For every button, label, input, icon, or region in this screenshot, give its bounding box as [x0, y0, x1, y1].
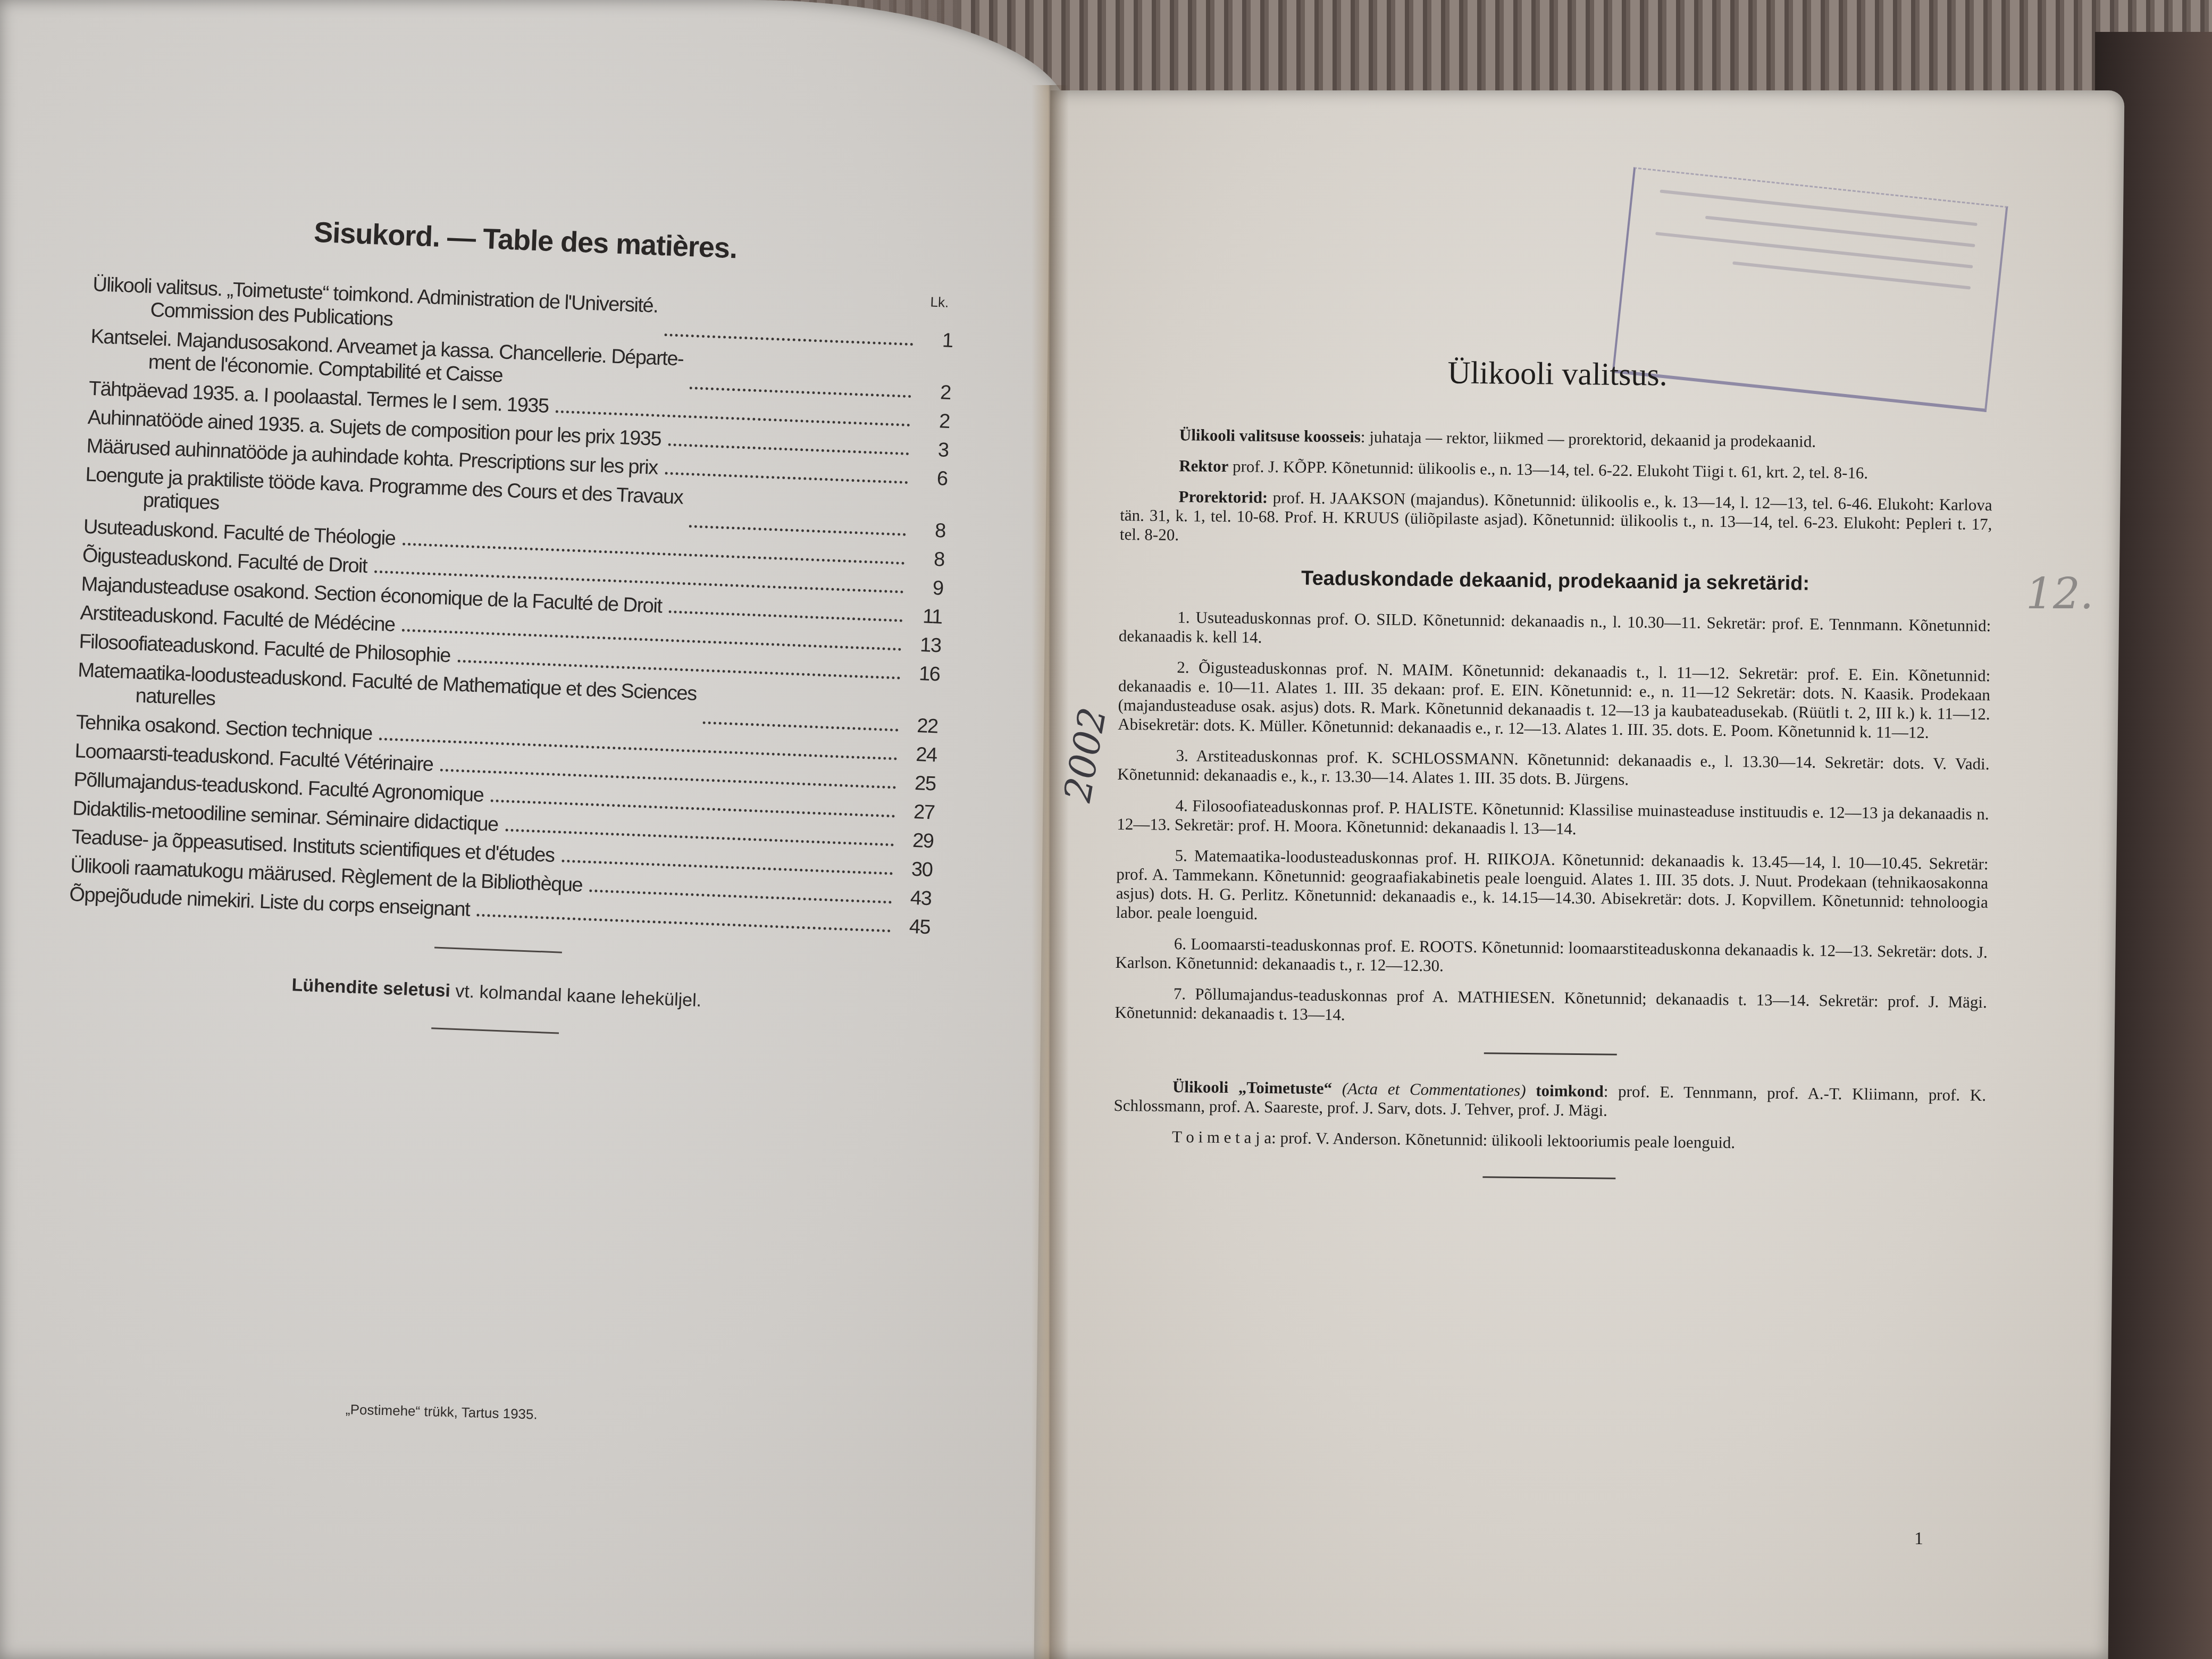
toc-entry-text: Tehnika osakond. Section technique: [76, 711, 373, 744]
toc-page-number: 45: [898, 915, 931, 939]
dot-leader: [669, 610, 902, 622]
toc-page-number: 24: [904, 742, 937, 767]
section-subtitle: Teaduskondade dekaanid, prodekaanid ja s…: [1119, 565, 1991, 597]
faculty-entry: 4. Filosoofiateaduskonnas prof. P. HALIS…: [1117, 795, 1989, 843]
toc-page-number: 2: [918, 380, 951, 405]
university-administration: Ülikooli valitsus. Ülikooli valitsuse ko…: [1113, 330, 1994, 1210]
toc-entry-title: Õigusteaduskond. Faculté de Droit: [82, 544, 367, 579]
dot-leader: [664, 333, 913, 346]
label: Rektor: [1179, 456, 1228, 475]
label: toimkond: [1536, 1081, 1604, 1100]
toc-entry-title: Tehnika osakond. Section technique: [76, 710, 373, 745]
abbreviations-note-text: vt. kolmandal kaane leheküljel.: [450, 981, 702, 1011]
dot-leader: [689, 525, 906, 536]
toc-page-number: 9: [911, 575, 944, 600]
abbreviations-note: Lühendite seletusi vt. kolmandal kaane l…: [66, 966, 927, 1020]
toc-entries: Ülikooli valitsus. „Toimetuste“ toimkond…: [69, 273, 954, 939]
dot-leader: [556, 410, 910, 426]
toc-page-number: 16: [908, 661, 941, 686]
page-title: Ülikooli valitsus.: [1121, 351, 1994, 397]
latin-title: (Acta et Commentationes): [1332, 1079, 1536, 1100]
dot-leader: [690, 387, 911, 398]
text: : juhataja — rektor, liikmed — prorektor…: [1361, 428, 1816, 451]
dot-leader: [668, 443, 909, 455]
text: 6. Loomaarsti-teaduskonnas prof. E. ROOT…: [1115, 934, 1988, 975]
faculty-entry: 5. Matemaatika-loodusteaduskonnas prof. …: [1116, 845, 1988, 931]
text: 3. Arstiteaduskonnas prof. K. SCHLOSSMAN…: [1117, 746, 1990, 789]
toc-page-number: 27: [902, 800, 935, 824]
dot-leader: [665, 472, 908, 484]
toc-page-number: 2: [917, 409, 950, 433]
board-composition: Ülikooli valitsuse koosseis: juhataja — …: [1121, 425, 1993, 453]
dot-leader: [590, 890, 892, 904]
text: T o i m e t a j a: prof. V. Anderson. Kõ…: [1172, 1127, 1735, 1152]
abbreviations-note-bold: Lühendite seletusi: [291, 975, 451, 1001]
text: 7. Põllumajandus-teaduskonnas prof A. MA…: [1115, 984, 1987, 1024]
toc-page-number: 8: [913, 518, 946, 542]
toc-page-number: 1: [920, 328, 953, 353]
dot-leader: [477, 914, 891, 932]
toc-page-number: 25: [903, 771, 936, 795]
toc-page-number: 13: [909, 633, 942, 657]
book-gutter: [1032, 85, 1069, 1659]
toc-page-number: 8: [912, 547, 945, 571]
text: 1. Usuteaduskonnas prof. O. SILD. Kõnetu…: [1119, 608, 1991, 647]
toc-page-number: 22: [906, 714, 939, 738]
divider: [431, 1027, 559, 1034]
stamp-line: [1732, 262, 1971, 290]
faculty-entry: 6. Loomaarsti-teaduskonnas prof. E. ROOT…: [1115, 934, 1988, 981]
label: Ülikooli „Toimetuste“: [1172, 1077, 1332, 1097]
toc-entry-text: Õigusteaduskond. Faculté de Droit: [82, 544, 367, 578]
table-of-contents: Sisukord. — Table des matières. Lk. Ülik…: [64, 207, 957, 1075]
text: 5. Matemaatika-loodusteaduskonnas prof. …: [1116, 846, 1988, 923]
faculty-entry: 3. Arstiteaduskonnas prof. K. SCHLOSSMAN…: [1117, 745, 1990, 793]
faculty-entry: 7. Põllumajandus-teaduskonnas prof A. MA…: [1115, 984, 1987, 1031]
text: prof. J. KÕPP. Kõnetunnid: ülikoolis e.,…: [1228, 457, 1868, 482]
dot-leader: [505, 828, 894, 846]
label: Ülikooli valitsuse koosseis: [1179, 425, 1361, 446]
text: 2. Õigusteaduskonnas prof. N. MAIM. Kõne…: [1118, 658, 1990, 742]
toc-page-number: 11: [910, 604, 943, 629]
divider: [434, 946, 562, 953]
editor-entry: T o i m e t a j a: prof. V. Anderson. Kõ…: [1113, 1127, 1985, 1155]
publications-committee: Ülikooli „Toimetuste“ (Acta et Commentat…: [1114, 1077, 1987, 1124]
toc-page-number: 29: [901, 828, 934, 853]
toc-page-number: 43: [899, 886, 932, 910]
toc-entry-text: Arstiteaduskond. Faculté de Médécine: [80, 601, 396, 636]
dot-leader: [562, 860, 893, 875]
divider: [1484, 1052, 1617, 1055]
toc-page-number: 6: [915, 466, 948, 491]
faculty-entry: 2. Õigusteaduskonnas prof. N. MAIM. Kõne…: [1118, 657, 1990, 743]
dot-leader: [702, 722, 898, 732]
text: 4. Filosoofiateaduskonnas prof. P. HALIS…: [1117, 796, 1989, 838]
stamp-line: [1655, 232, 1973, 269]
divider: [1482, 1176, 1615, 1179]
prorectors-entry: Prorektorid: prof. H. JAAKSON (majandus)…: [1120, 487, 1992, 553]
rector-entry: Rektor prof. J. KÕPP. Kõnetunnid: ülikoo…: [1120, 456, 1992, 484]
pencil-annotation: 12.: [2026, 569, 2093, 618]
faculty-entry: 1. Usuteaduskonnas prof. O. SILD. Kõnetu…: [1119, 607, 1991, 655]
toc-page-number: 30: [900, 857, 933, 882]
label: Prorektorid:: [1179, 487, 1268, 507]
toc-page-number: 3: [916, 438, 949, 462]
toc-entry-text: Usuteaduskond. Faculté de Théologie: [83, 516, 396, 550]
page-number: 1: [1914, 1529, 1923, 1549]
